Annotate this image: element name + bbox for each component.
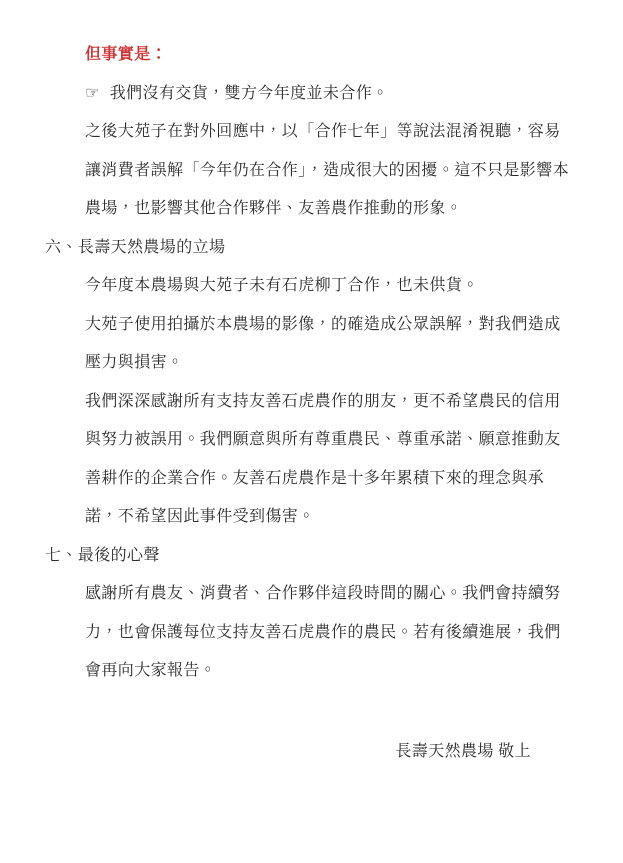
section-heading-seven: 七、最後的心聲 [45,537,595,576]
paragraph-final-message: 感謝所有農友、消費者、合作夥伴這段時間的關心。我們會持續努 力，也會保護每位支持… [85,575,595,691]
paragraph-image-misuse: 大苑子使用拍攝於本農場的影像，的確造成公眾誤解，對我們造成 壓力與損害。 [85,306,595,383]
paragraph-response-controversy: 之後大苑子在對外回應中，以「合作七年」等說法混淆視聽，容易 讓消費者誤解「今年仍… [85,113,595,229]
signature-line: 長壽天然農場 敬上 [85,733,595,772]
document-content: 但事實是： ☞我們沒有交貨，雙方今年度並未合作。 之後大苑子在對外回應中，以「合… [0,0,623,771]
emphasis-heading-red: 但事實是： [85,36,595,75]
paragraph-no-cooperation: 今年度本農場與大苑子未有石虎柳丁合作，也未供貨。 [85,267,595,306]
pointer-statement-text: 我們沒有交貨，雙方今年度並未合作。 [110,85,389,102]
section-heading-six: 六、長壽天然農場的立場 [45,229,595,268]
paragraph-gratitude-commitment: 我們深深感謝所有支持友善石虎農作的朋友，更不希望農民的信用 與努力被誤用。我們願… [85,383,595,537]
pointer-statement-line: ☞我們沒有交貨，雙方今年度並未合作。 [85,75,595,114]
document-page: 但事實是： ☞我們沒有交貨，雙方今年度並未合作。 之後大苑子在對外回應中，以「合… [0,0,623,863]
pointing-finger-icon: ☞ [85,75,100,114]
